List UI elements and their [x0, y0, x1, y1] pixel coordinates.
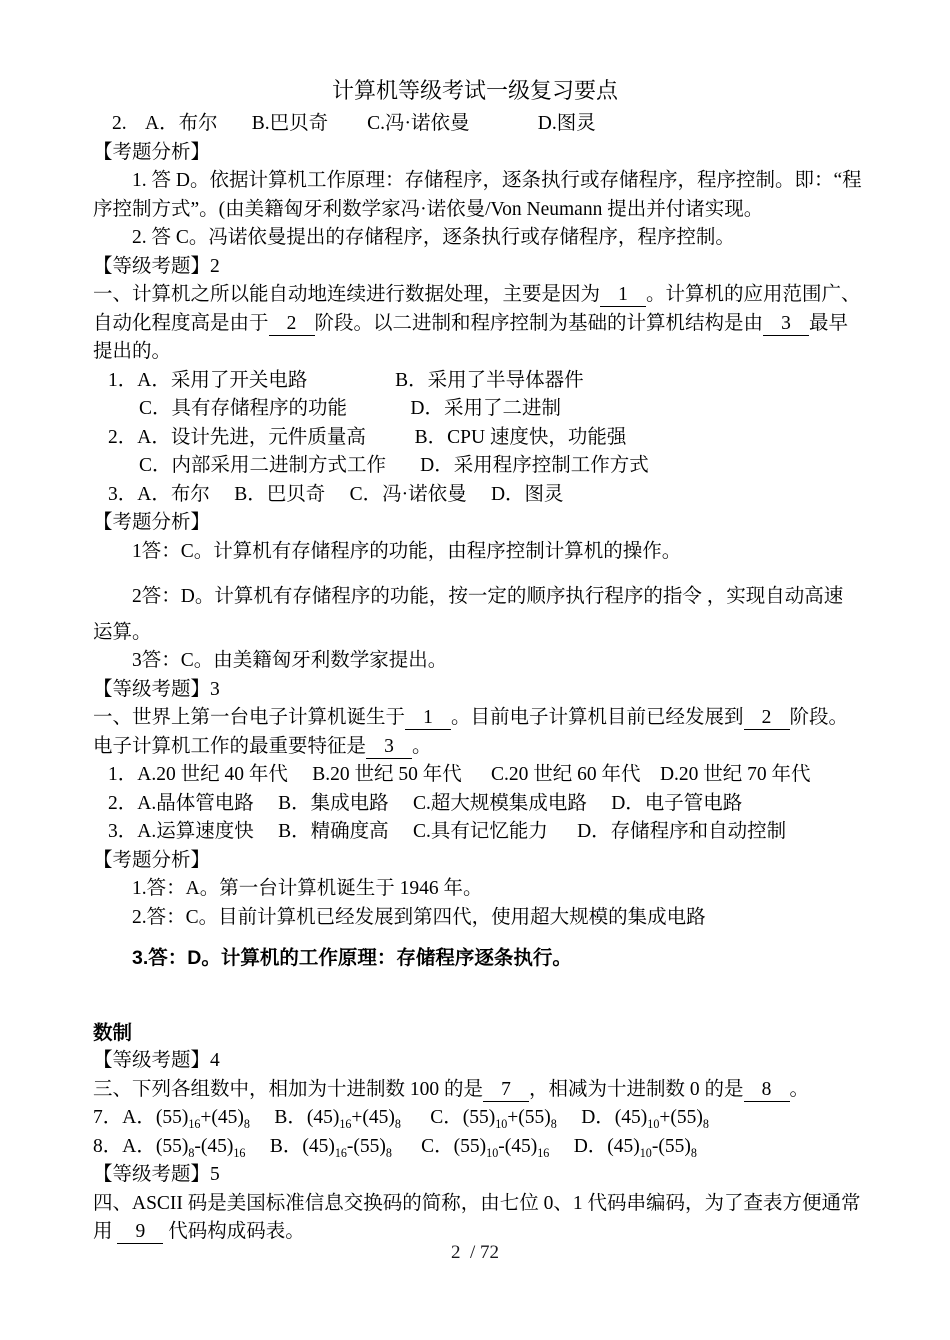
doc-line: C．具有存储程序的功能 D．采用了二进制	[93, 395, 857, 424]
subscript: 16	[188, 1117, 200, 1131]
text-run: 1．A．采用了开关电路 B．采用了半导体器件	[108, 370, 584, 391]
text-run: 【考题分析】	[93, 512, 210, 533]
text-run: +(45)	[200, 1107, 244, 1128]
answer-blank: 2	[744, 707, 790, 730]
subscript: 16	[335, 1145, 347, 1159]
answer-blank: 2	[269, 313, 315, 336]
document-content: 计算机等级考试一级复习要点 2. A．布尔 B.巴贝奇 C.冯·诺依曼 D.图灵…	[93, 76, 857, 1247]
answer-blank: 3	[366, 736, 412, 759]
text-run: 2. A．布尔 B.巴贝奇 C.冯·诺依曼 D.图灵	[112, 113, 596, 134]
text-run: 2.答：C。目前计算机已经发展到第四代，使用超大规模的集成电路	[132, 907, 706, 928]
text-run: 阶段。	[790, 707, 849, 728]
doc-line: 1．A．采用了开关电路 B．采用了半导体器件	[93, 367, 857, 396]
text-run: -(55)	[347, 1136, 386, 1157]
text-run: +(45)	[351, 1107, 395, 1128]
doc-line: 数制	[93, 1019, 857, 1048]
text-run: 序控制方式”。(由美籍匈牙利数学家冯·诺依曼/Von Neumann 提出并付诸…	[93, 199, 763, 220]
doc-line: 一、计算机之所以能自动地连续进行数据处理，主要是因为1。计算机的应用范围广、	[93, 281, 857, 310]
doc-line: 【等级考题】5	[93, 1161, 857, 1190]
doc-line: 2. 答 C。冯诺依曼提出的存储程序，逐条执行或存储程序，程序控制。	[93, 224, 857, 253]
text-run: 一、世界上第一台电子计算机诞生于	[93, 707, 405, 728]
doc-line: 3.答：D。计算机的工作原理：存储程序逐条执行。	[93, 944, 857, 973]
doc-line: 【考题分析】	[93, 509, 857, 538]
subscript: 10	[495, 1117, 507, 1131]
doc-line: 【等级考题】4	[93, 1047, 857, 1076]
text-run: 【考题分析】	[93, 850, 210, 871]
doc-line: C．内部采用二进制方式工作 D．采用程序控制工作方式	[93, 452, 857, 481]
text-run: 三、下列各组数中，相加为十进制数 100 的是	[93, 1079, 483, 1100]
subscript: 16	[537, 1145, 549, 1159]
doc-line: 自动化程度高是由于2阶段。以二进制和程序控制为基础的计算机结构是由3最早	[93, 310, 857, 339]
text-run: -(55)	[652, 1136, 691, 1157]
doc-line: 1. 答 D。依据计算机工作原理：存储程序，逐条执行或存储程序，程序控制。即：“…	[93, 167, 857, 196]
doc-line: 2．A．设计先进，元件质量高 B．CPU 速度快，功能强	[93, 424, 857, 453]
text-run: 3．A．布尔 B．巴贝奇 C．冯·诺依曼 D．图灵	[108, 484, 564, 505]
text-run: 3答：C。由美籍匈牙利数学家提出。	[132, 650, 447, 671]
doc-line: 1．A.20 世纪 40 年代 B.20 世纪 50 年代 C.20 世纪 60…	[93, 761, 857, 790]
text-run: C．(55)	[401, 1107, 495, 1128]
text-run: 。	[412, 736, 432, 757]
text-run: +(55)	[659, 1107, 703, 1128]
text-run: C．具有存储程序的功能 D．采用了二进制	[139, 398, 561, 419]
text-run: ，相减为十进制数 0 的是	[529, 1079, 744, 1100]
subscript: 16	[233, 1145, 245, 1159]
answer-blank: 9	[117, 1221, 163, 1244]
text-run: 【等级考题】3	[93, 679, 220, 700]
text-run: 数制	[93, 1022, 132, 1044]
doc-line: 提出的。	[93, 338, 857, 367]
doc-line: 序控制方式”。(由美籍匈牙利数学家冯·诺依曼/Von Neumann 提出并付诸…	[93, 196, 857, 225]
text-run: 。	[790, 1079, 810, 1100]
text-run: 提出的。	[93, 341, 171, 362]
text-run: 3．A.运算速度快 B．精确度高 C.具有记忆能力 D．存储程序和自动控制	[108, 821, 786, 842]
text-run: 代码构成码表。	[163, 1221, 304, 1242]
text-run: 四、ASCII 码是美国标准信息交换码的简称，由七位 0、1 代码串编码，为了查…	[93, 1193, 861, 1214]
text-run: C．(55)	[392, 1136, 486, 1157]
page-number: 2 / 72	[0, 1242, 950, 1264]
doc-line: 运算。	[93, 619, 857, 648]
text-run: 电子计算机工作的最重要特征是	[93, 736, 366, 757]
document-body: 2. A．布尔 B.巴贝奇 C.冯·诺依曼 D.图灵【考题分析】1. 答 D。依…	[93, 110, 857, 1247]
doc-line: 电子计算机工作的最重要特征是3。	[93, 733, 857, 762]
text-run: 。计算机的应用范围广、	[646, 284, 861, 305]
text-run: 【等级考题】5	[93, 1164, 220, 1185]
text-run: 1. 答 D。依据计算机工作原理：存储程序，逐条执行或存储程序，程序控制。即：“…	[132, 170, 862, 191]
doc-line: 2．A.晶体管电路 B．集成电路 C.超大规模集成电路 D．电子管电路	[93, 790, 857, 819]
text-run: D．(45)	[549, 1136, 639, 1157]
text-run: C．内部采用二进制方式工作 D．采用程序控制工作方式	[139, 455, 649, 476]
answer-blank: 1	[600, 284, 646, 307]
text-run: +(55)	[507, 1107, 551, 1128]
answer-blank: 1	[405, 707, 451, 730]
doc-line: 【考题分析】	[93, 847, 857, 876]
text-run: 3.答：D。计算机的工作原理：存储程序逐条执行。	[132, 947, 572, 969]
doc-line: 【等级考题】2	[93, 253, 857, 282]
text-run: 1答：C。计算机有存储程序的功能，由程序控制计算机的操作。	[132, 541, 681, 562]
subscript: 8	[703, 1117, 709, 1131]
text-run: 2．A.晶体管电路 B．集成电路 C.超大规模集成电路 D．电子管电路	[108, 793, 742, 814]
text-run: B．(45)	[245, 1136, 334, 1157]
text-run: 2答：D。计算机有存储程序的功能，按一定的顺序执行程序的指令 ，实现自动高速	[132, 586, 843, 607]
text-run: -(45)	[498, 1136, 537, 1157]
doc-line: 2. A．布尔 B.巴贝奇 C.冯·诺依曼 D.图灵	[93, 110, 857, 139]
doc-line: 四、ASCII 码是美国标准信息交换码的简称，由七位 0、1 代码串编码，为了查…	[93, 1190, 857, 1219]
doc-line: 3答：C。由美籍匈牙利数学家提出。	[93, 647, 857, 676]
text-run: 2．A．设计先进，元件质量高 B．CPU 速度快，功能强	[108, 427, 626, 448]
doc-line: 2答：D。计算机有存储程序的功能，按一定的顺序执行程序的指令 ，实现自动高速	[93, 583, 857, 612]
text-run: 用	[93, 1221, 117, 1242]
text-run: -(45)	[194, 1136, 233, 1157]
text-run: 7．A．(55)	[93, 1107, 188, 1128]
text-run: 运算。	[93, 622, 152, 643]
subscript: 10	[486, 1145, 498, 1159]
text-run: 最早	[809, 313, 848, 334]
text-run: 1.答：A。第一台计算机诞生于 1946 年。	[132, 878, 482, 899]
doc-line: 2.答：C。目前计算机已经发展到第四代，使用超大规模的集成电路	[93, 904, 857, 933]
doc-line: 8．A．(55)8-(45)16 B．(45)16-(55)8 C．(55)10…	[93, 1133, 857, 1162]
text-run: 8．A．(55)	[93, 1136, 188, 1157]
text-run: 1．A.20 世纪 40 年代 B.20 世纪 50 年代 C.20 世纪 60…	[108, 764, 811, 785]
document-page: 计算机等级考试一级复习要点 2. A．布尔 B.巴贝奇 C.冯·诺依曼 D.图灵…	[0, 0, 950, 1340]
doc-line: 【等级考题】3	[93, 676, 857, 705]
text-run: 【考题分析】	[93, 142, 210, 163]
text-run: 阶段。以二进制和程序控制为基础的计算机结构是由	[315, 313, 764, 334]
text-run: 【等级考题】2	[93, 256, 220, 277]
answer-blank: 3	[763, 313, 809, 336]
page-title: 计算机等级考试一级复习要点	[93, 76, 857, 106]
subscript: 16	[339, 1117, 351, 1131]
text-run: 一、计算机之所以能自动地连续进行数据处理，主要是因为	[93, 284, 600, 305]
doc-line: 1答：C。计算机有存储程序的功能，由程序控制计算机的操作。	[93, 538, 857, 567]
text-run: 。目前电子计算机目前已经发展到	[451, 707, 744, 728]
doc-line: 7．A．(55)16+(45)8 B．(45)16+(45)8 C．(55)10…	[93, 1104, 857, 1133]
doc-line: 1.答：A。第一台计算机诞生于 1946 年。	[93, 875, 857, 904]
text-run: B．(45)	[250, 1107, 339, 1128]
subscript: 10	[647, 1117, 659, 1131]
answer-blank: 7	[483, 1079, 529, 1102]
text-run: 自动化程度高是由于	[93, 313, 269, 334]
doc-line: 3．A．布尔 B．巴贝奇 C．冯·诺依曼 D．图灵	[93, 481, 857, 510]
text-run: 2. 答 C。冯诺依曼提出的存储程序，逐条执行或存储程序，程序控制。	[132, 227, 735, 248]
doc-line: 3．A.运算速度快 B．精确度高 C.具有记忆能力 D．存储程序和自动控制	[93, 818, 857, 847]
doc-line: 一、世界上第一台电子计算机诞生于1。目前电子计算机目前已经发展到2阶段。	[93, 704, 857, 733]
text-run: 【等级考题】4	[93, 1050, 220, 1071]
subscript: 8	[691, 1145, 697, 1159]
text-run: D．(45)	[557, 1107, 647, 1128]
doc-line: 三、下列各组数中，相加为十进制数 100 的是 7 ，相减为十进制数 0 的是 …	[93, 1076, 857, 1105]
subscript: 10	[640, 1145, 652, 1159]
doc-line: 【考题分析】	[93, 139, 857, 168]
answer-blank: 8	[744, 1079, 790, 1102]
